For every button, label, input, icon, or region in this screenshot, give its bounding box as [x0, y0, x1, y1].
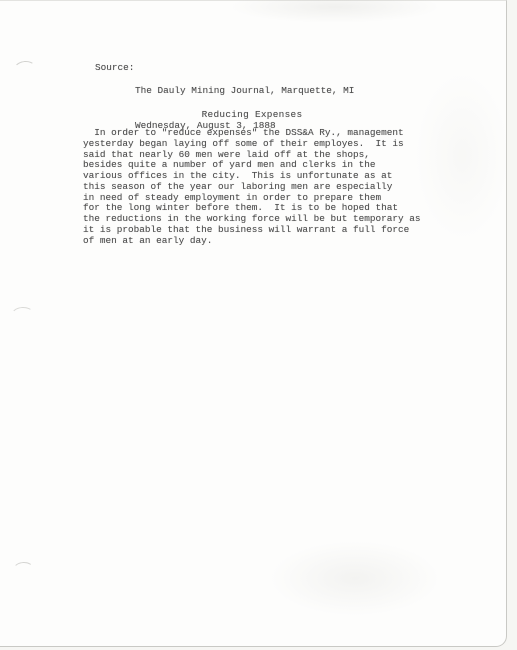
article-body: In order to "reduce expenses" the DSS&A …: [83, 128, 421, 246]
scan-smudge: [270, 541, 440, 616]
hole-punch-mark: [13, 60, 37, 78]
hole-punch-mark: [10, 306, 34, 324]
paper-sheet: Source: The Dauly Mining Journal, Marque…: [0, 0, 507, 647]
scanned-page: Source: The Dauly Mining Journal, Marque…: [0, 0, 517, 650]
scan-smudge: [415, 71, 510, 241]
source-journal-line: The Dauly Mining Journal, Marquette, MI: [135, 85, 354, 97]
scan-smudge: [230, 0, 440, 23]
article-title: Reducing Expenses: [83, 109, 421, 120]
hole-punch-mark: [13, 561, 35, 577]
